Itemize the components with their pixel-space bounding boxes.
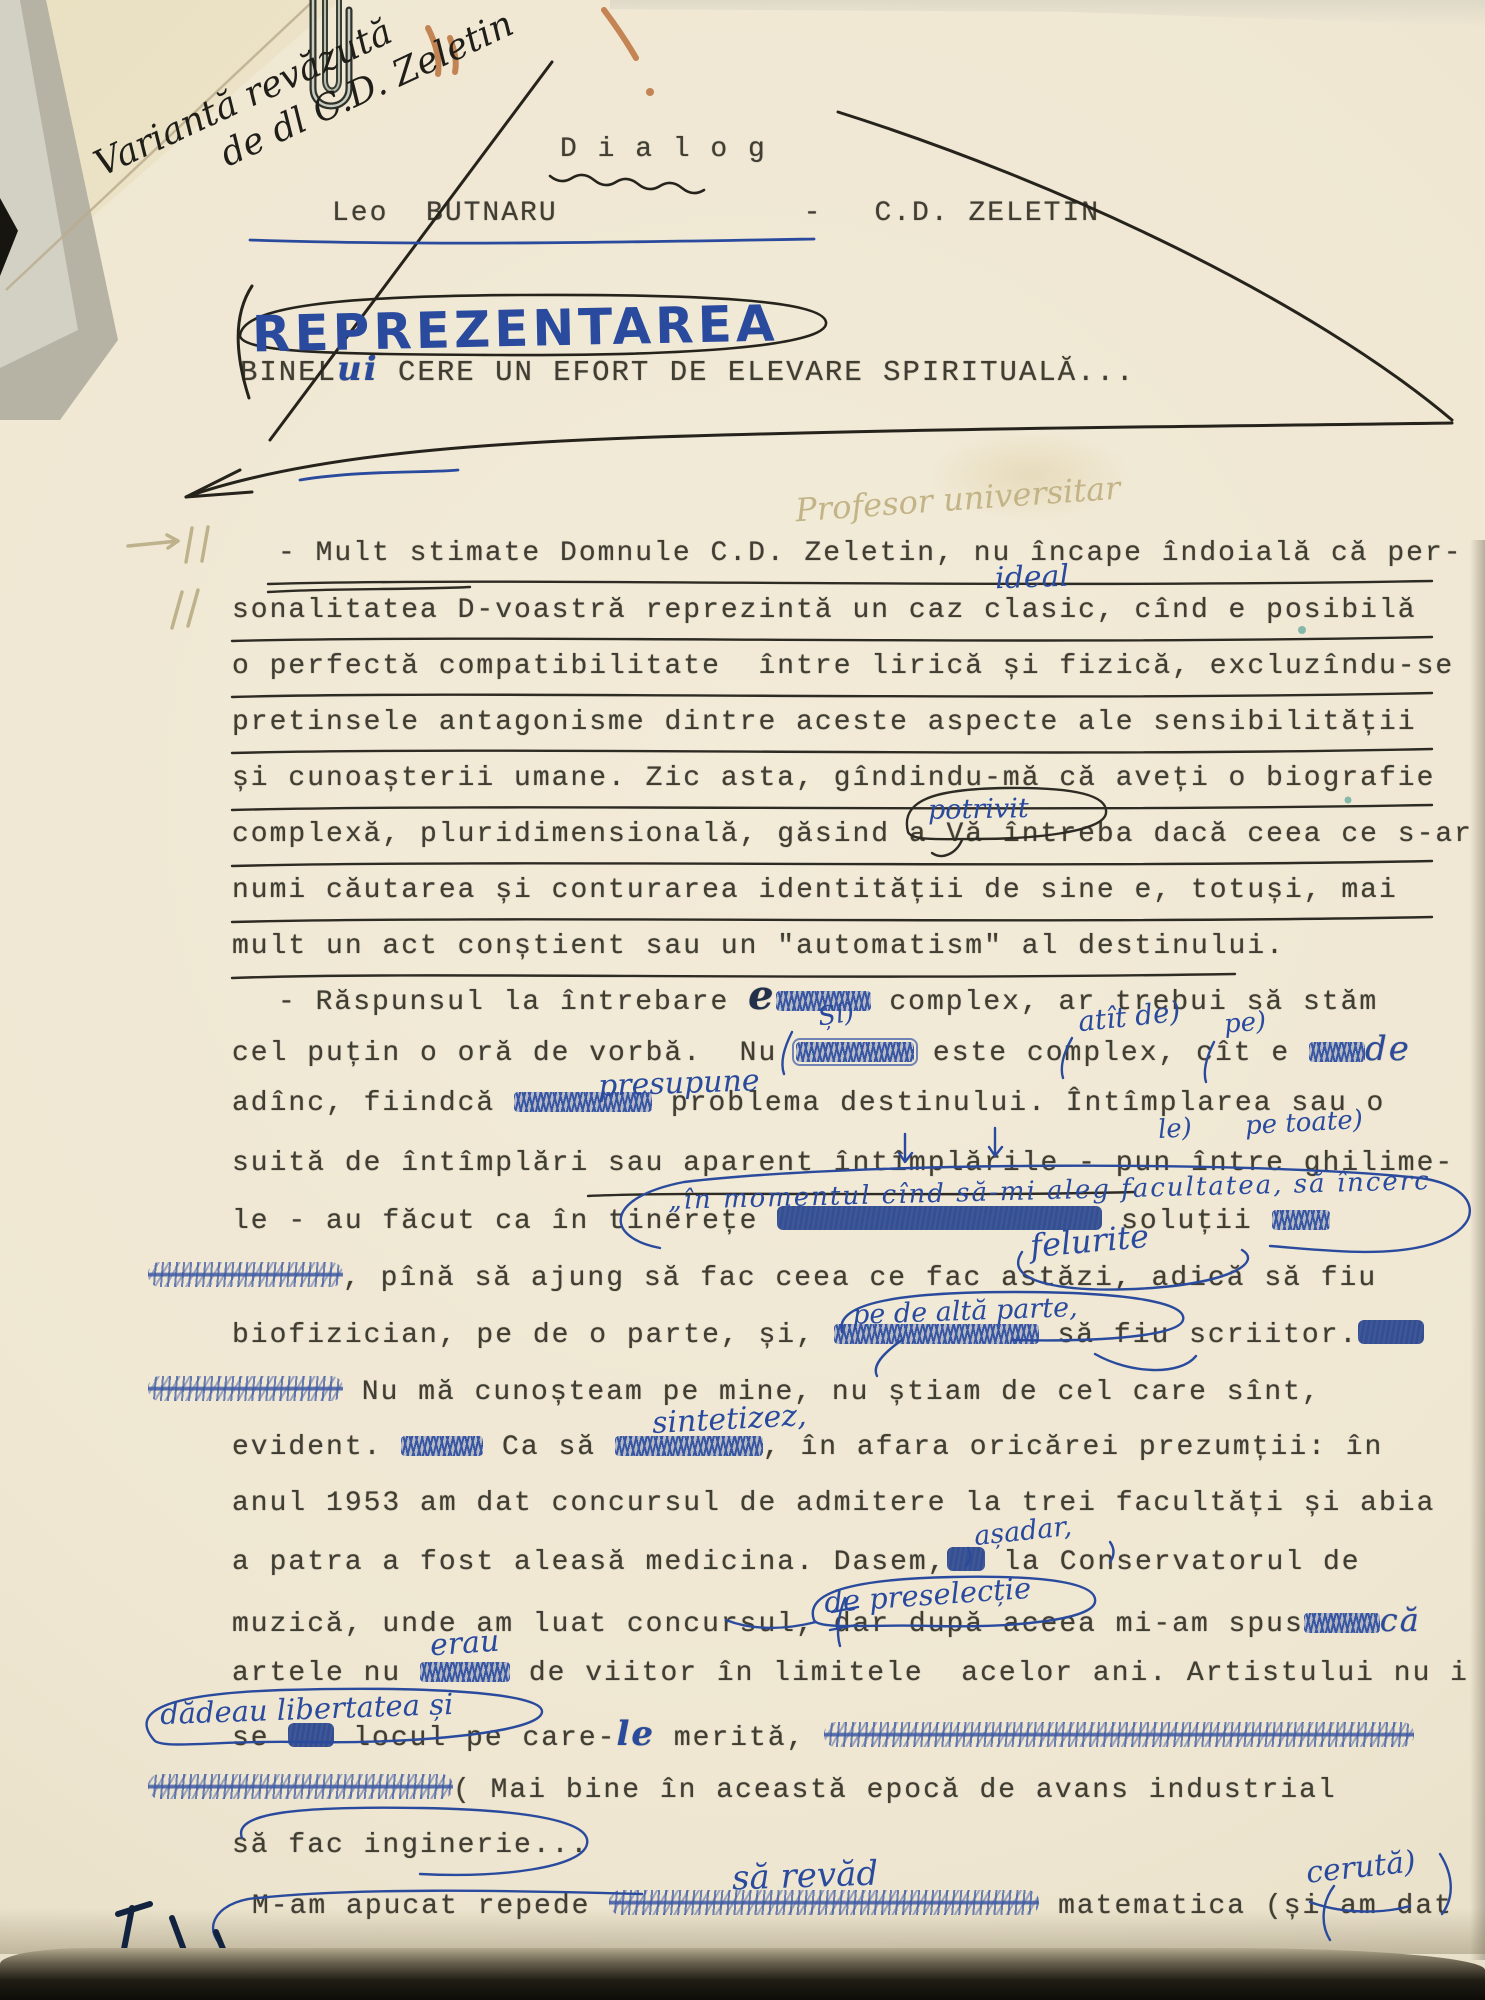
annotation-erau: erau — [429, 1624, 501, 1664]
ink-scribble-boxed — [796, 1042, 914, 1062]
typed-line: adînc, fiindcă problema destinului. Întî… — [232, 1090, 1385, 1118]
inserted-title-word: REPREZENTAREA — [251, 294, 779, 363]
ink-scribble-heavy — [288, 1723, 334, 1747]
typed-line: artele nu de viitor în limitele acelor a… — [232, 1660, 1469, 1688]
annotation-le: le) — [1157, 1113, 1193, 1145]
byline-interviewer: Leo BUTNARU — [332, 198, 558, 229]
typed-line: și cunoașterii umane. Zic asta, gîndindu… — [232, 765, 1435, 793]
scanner-bottom-edge — [0, 1948, 1485, 2000]
annotation-sa-revad: să revăd — [731, 1853, 878, 1898]
typed-line: o perfectă compatibilitate între lirică … — [232, 653, 1454, 681]
ink-scribble-handwriting — [824, 1722, 1414, 1747]
annotation-pe-toate: pe toate) — [1244, 1105, 1363, 1141]
typed-line: anul 1953 am dat concursul de admitere l… — [232, 1490, 1435, 1518]
annotation-ideal: ideal — [994, 559, 1069, 597]
ink-scribble — [1309, 1042, 1365, 1062]
ink-scribble — [1272, 1210, 1330, 1230]
subtitle-rest: CERE UN EFORT DE ELEVARE SPIRITUALĂ... — [379, 356, 1136, 389]
ink-scribble-heavy — [1358, 1320, 1424, 1344]
ink-scribble-handwriting — [148, 1262, 343, 1287]
typed-line: pretinsele antagonisme dintre aceste asp… — [232, 709, 1417, 737]
page-right-curl — [1470, 540, 1485, 1960]
typed-line: ( Mai bine în această epocă de avans ind… — [148, 1774, 1337, 1805]
typed-line: să fac inginerie... — [232, 1832, 589, 1860]
typed-line: evident. Ca să , în afara oricărei prezu… — [232, 1434, 1383, 1462]
ink-scribble — [1304, 1613, 1380, 1633]
typed-line: , pînă să ajung să fac ceea ce fac astăz… — [148, 1262, 1377, 1293]
ink-scribble-handwriting — [148, 1376, 343, 1401]
typed-line: a patra a fost aleasă medicina. Dasem, l… — [232, 1547, 1361, 1577]
handwritten-e-insert: e — [748, 972, 775, 1019]
ink-scribble — [420, 1662, 510, 1682]
typed-line: M-am apucat repede matematica (și am dat — [252, 1890, 1453, 1921]
annotation-si: Și) — [816, 998, 856, 1033]
annotation-presupune: presupune — [597, 1063, 760, 1104]
byline: Leo BUTNARU-C.D. ZELETIN — [332, 200, 1100, 228]
handwritten-de: de — [1365, 1029, 1411, 1069]
handwritten-ca: că — [1380, 1601, 1421, 1639]
ink-scribble — [401, 1436, 483, 1456]
scanned-manuscript-page: D i a l o g Leo BUTNARU-C.D. ZELETIN BIN… — [0, 0, 1485, 2000]
typed-line: - Mult stimate Domnule C.D. Zeletin, nu … — [278, 540, 1463, 568]
typed-line: numi căutarea și conturarea identității … — [232, 877, 1398, 905]
typed-line: sonalitatea D-voastră reprezintă un caz … — [232, 597, 1417, 625]
byline-interviewee: C.D. ZELETIN — [874, 198, 1100, 229]
byline-dash: - — [804, 198, 823, 229]
ink-scribble-handwriting — [148, 1774, 453, 1799]
annotation-pe: pe) — [1223, 1006, 1268, 1040]
annotation-potrivit: potrivit — [928, 793, 1029, 826]
typed-line: complexă, pluridimensională, găsind a Vă… — [232, 821, 1473, 849]
typed-line: biofizician, pe de o parte, și, să fiu s… — [232, 1320, 1424, 1350]
handwritten-le-insert: le — [616, 1714, 655, 1754]
typed-line: mult un act conștient sau un "automatism… — [232, 933, 1285, 961]
page-title: D i a l o g — [560, 136, 767, 164]
